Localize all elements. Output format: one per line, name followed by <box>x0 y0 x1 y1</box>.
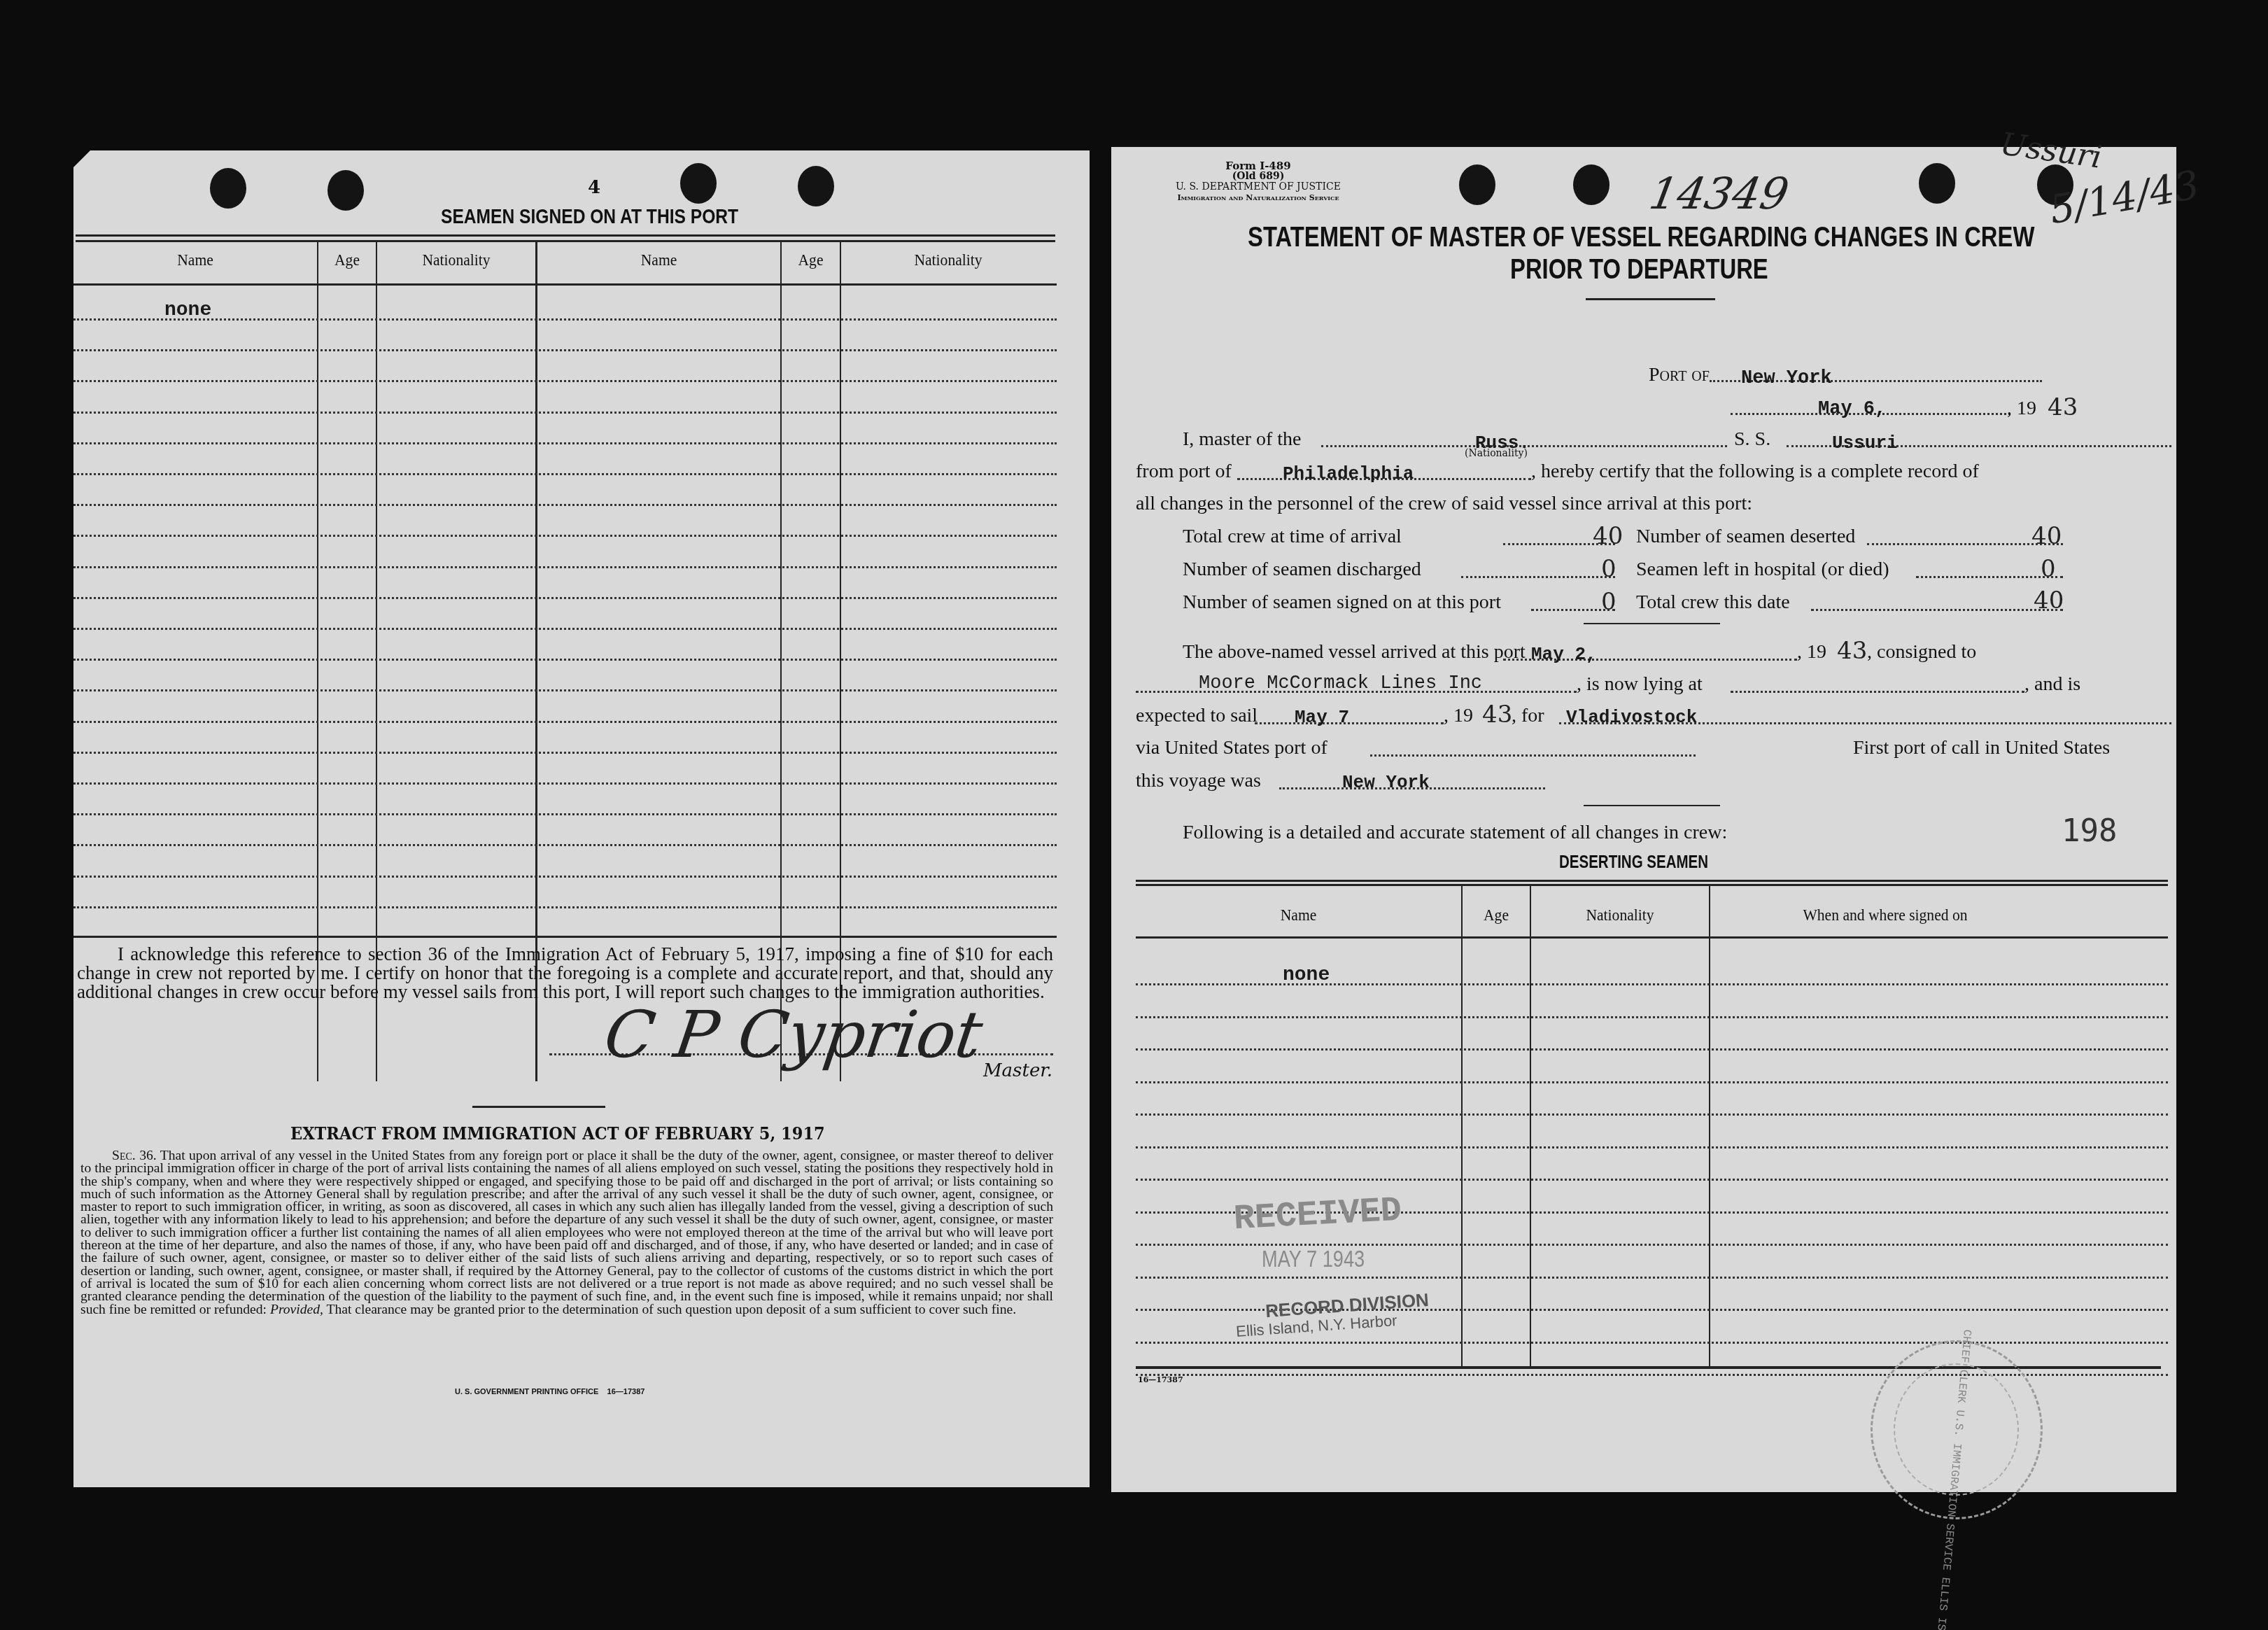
form-title-line1: STATEMENT OF MASTER OF VESSEL REGARDING … <box>1248 222 2034 253</box>
col-header-name: Name <box>85 251 304 270</box>
stat-value[interactable]: 40 <box>2034 586 2064 614</box>
right-page: Form I-489 (Old 689) U. S. DEPARTMENT OF… <box>1111 147 2176 1492</box>
arrived-value[interactable]: May 2, <box>1531 644 1597 665</box>
and-is-text: , and is <box>2024 673 2080 696</box>
table-row <box>73 906 1057 908</box>
table-top-rule <box>76 240 1055 242</box>
arrived-label: The above-named vessel arrived at this p… <box>1183 641 1526 663</box>
stat-value[interactable]: 40 <box>2031 522 2062 550</box>
consignee-value[interactable]: Moore McCormack Lines Inc <box>1199 673 1482 694</box>
col-header-nationality: Nationality <box>1540 906 1700 925</box>
col-header-name: Name <box>1152 906 1445 925</box>
consigned-text: , consigned to <box>1867 641 1976 663</box>
punch-hole-icon <box>798 166 834 206</box>
arrived-year[interactable]: 43 <box>1837 637 1867 665</box>
received-stamp: RECEIVED <box>1233 1191 1403 1239</box>
col-header-name: Name <box>549 251 768 270</box>
punch-hole-icon <box>327 170 364 211</box>
table-row <box>73 597 1057 599</box>
col-header-when-where: When and where signed on <box>1728 906 2043 925</box>
table-row <box>1136 1081 2168 1083</box>
table-row <box>1136 1342 2168 1344</box>
service-name: Immigration and Naturalization Service <box>1111 192 1405 203</box>
following-text: Following is a detailed and accurate sta… <box>1183 822 1727 844</box>
table-row <box>1136 983 2168 985</box>
col-header-nationality: Nationality <box>385 251 527 270</box>
date-value[interactable]: May 6, <box>1818 399 1886 420</box>
stat-value[interactable]: 0 <box>1601 555 1617 583</box>
from-port-value[interactable]: Philadelphia <box>1283 463 1414 484</box>
col-header-age: Age <box>1466 906 1526 925</box>
folded-corner <box>72 149 92 169</box>
port-value[interactable]: New York <box>1741 368 1832 389</box>
date-year[interactable]: 43 <box>2048 393 2078 421</box>
stat-leader <box>1811 609 2063 611</box>
stat-value[interactable]: 0 <box>2041 555 2056 583</box>
department-name: U. S. DEPARTMENT OF JUSTICE <box>1111 182 1405 192</box>
all-changes-text: all changes in the personnel of the crew… <box>1136 493 1752 515</box>
master-label: I, master of the <box>1183 428 1302 451</box>
stat-label: Total crew at time of arrival <box>1183 526 1402 548</box>
via-label: via United States port of <box>1136 737 1327 759</box>
table-row <box>73 876 1057 878</box>
signature-label: Master. <box>983 1060 1052 1081</box>
voyage-value[interactable]: New York <box>1342 772 1430 793</box>
form-id: Form I-489 <box>1111 161 1405 171</box>
certify-text: , hereby certify that the following is a… <box>1531 461 1979 483</box>
table-row <box>1136 1016 2168 1018</box>
sail-date-value[interactable]: May 7 <box>1295 707 1349 728</box>
col-header-age: Age <box>784 251 837 270</box>
ss-label: S. S. <box>1734 428 1770 451</box>
stats-divider <box>1584 623 1720 624</box>
lying-text: , is now lying at <box>1577 673 1703 696</box>
table-row <box>1136 1179 2168 1181</box>
table-row <box>73 535 1057 537</box>
stat-label: Number of seamen signed on at this port <box>1183 591 1501 614</box>
stat-value[interactable]: 0 <box>1601 588 1617 616</box>
table-row <box>73 813 1057 815</box>
voyage-divider <box>1584 805 1720 806</box>
vessel-name[interactable]: Ussuri <box>1832 433 1898 454</box>
form-header: Form I-489 (Old 689) U. S. DEPARTMENT OF… <box>1111 161 1405 203</box>
header-bottom-rule <box>1136 936 2168 939</box>
punch-hole-icon <box>1919 163 1955 204</box>
stamp-number: 198 <box>2062 813 2117 849</box>
table-row <box>1136 1113 2168 1116</box>
table-row <box>73 349 1057 351</box>
table-row <box>73 844 1057 846</box>
col-header-nationality: Nationality <box>852 251 1044 270</box>
table-row <box>73 504 1057 506</box>
table-row <box>73 721 1057 723</box>
section-title: SEAMEN SIGNED ON AT THIS PORT <box>441 205 738 229</box>
punch-hole-icon <box>1459 164 1495 205</box>
column-divider <box>1530 885 1531 1368</box>
table-row <box>73 628 1057 630</box>
table-bottom-rule <box>73 936 1057 938</box>
lying-at-field-line <box>1731 691 2024 693</box>
master-signature: C P Cypriot <box>600 997 987 1072</box>
voyage-label: this voyage was <box>1136 770 1261 792</box>
column-divider <box>1461 885 1463 1368</box>
destination-value[interactable]: Vladivostock <box>1566 707 1697 728</box>
divider-rule <box>472 1106 605 1108</box>
table-row <box>73 473 1057 475</box>
acknowledgment-text: I acknowledge this reference to section … <box>77 945 1053 1002</box>
page-number: 4 <box>588 177 600 198</box>
from-port-label: from port of <box>1136 461 1232 483</box>
printer-line: U. S. GOVERNMENT PRINTING OFFICE 16—1738… <box>455 1388 645 1396</box>
table-row <box>73 442 1057 444</box>
handwritten-note: Ussuri <box>1998 126 2104 176</box>
sail-year[interactable]: 43 <box>1482 701 1512 729</box>
punch-hole-icon <box>680 163 717 204</box>
punch-hole-icon <box>1573 164 1610 205</box>
table-row <box>73 659 1057 661</box>
for-label: , for <box>1512 705 1544 727</box>
sail-year-prefix: , 19 <box>1444 705 1473 727</box>
left-page: 4 SEAMEN SIGNED ON AT THIS PORT Name Age… <box>73 150 1090 1487</box>
form-title-line2: PRIOR TO DEPARTURE <box>1510 254 1768 286</box>
stat-label: Number of seamen discharged <box>1183 558 1421 581</box>
first-port-text: First port of call in United States <box>1853 737 2110 759</box>
table-top-rule <box>1136 884 2168 886</box>
handwritten-file-number: 14349 <box>1646 168 1793 219</box>
form-old-id: (Old 689) <box>1111 171 1405 182</box>
received-date-stamp: MAY 7 1943 <box>1262 1246 1365 1273</box>
extract-body: Sec. 36. That upon arrival of any vessel… <box>80 1150 1053 1316</box>
via-port-field-line <box>1370 754 1696 757</box>
table-row <box>73 380 1057 382</box>
table-row <box>73 689 1057 691</box>
deserting-title: DESERTING SEAMEN <box>1559 852 1708 873</box>
extract-text: That upon arrival of any vessel in the U… <box>80 1148 1053 1317</box>
table-row <box>1136 1146 2168 1148</box>
table-row <box>73 752 1057 754</box>
arrived-year-prefix: , 19 <box>1797 641 1826 663</box>
col-header-age: Age <box>321 251 373 270</box>
table-row <box>73 412 1057 414</box>
table-top-rule <box>1136 880 2168 882</box>
table-row <box>73 782 1057 785</box>
extract-tail: That clearance may be granted prior to t… <box>327 1302 1017 1317</box>
column-divider <box>1709 885 1710 1368</box>
table-top-rule <box>76 234 1055 237</box>
stat-label: Number of seamen deserted <box>1636 526 1855 548</box>
stat-leader <box>1461 576 1615 578</box>
punch-hole-icon <box>210 168 246 209</box>
table-row <box>1136 1048 2168 1051</box>
port-label: Port of <box>1649 364 1710 386</box>
table-row <box>73 318 1057 321</box>
title-underline <box>1586 298 1715 300</box>
table-row <box>73 566 1057 568</box>
form-footer: 16—17387 <box>1138 1375 1183 1384</box>
table-row <box>1136 1277 2168 1279</box>
stat-value[interactable]: 40 <box>1593 522 1623 550</box>
stat-label: Total crew this date <box>1636 591 1790 614</box>
extract-title: EXTRACT FROM IMMIGRATION ACT OF FEBRUARY… <box>290 1123 825 1144</box>
nationality-caption: (Nationality) <box>1465 448 1528 459</box>
date-year-prefix: , 19 <box>2007 398 2036 420</box>
sail-label: expected to sail <box>1136 705 1258 727</box>
stat-label: Seamen left in hospital (or died) <box>1636 558 1889 581</box>
extract-provided: Provided, <box>270 1302 323 1317</box>
header-bottom-rule <box>73 283 1057 286</box>
